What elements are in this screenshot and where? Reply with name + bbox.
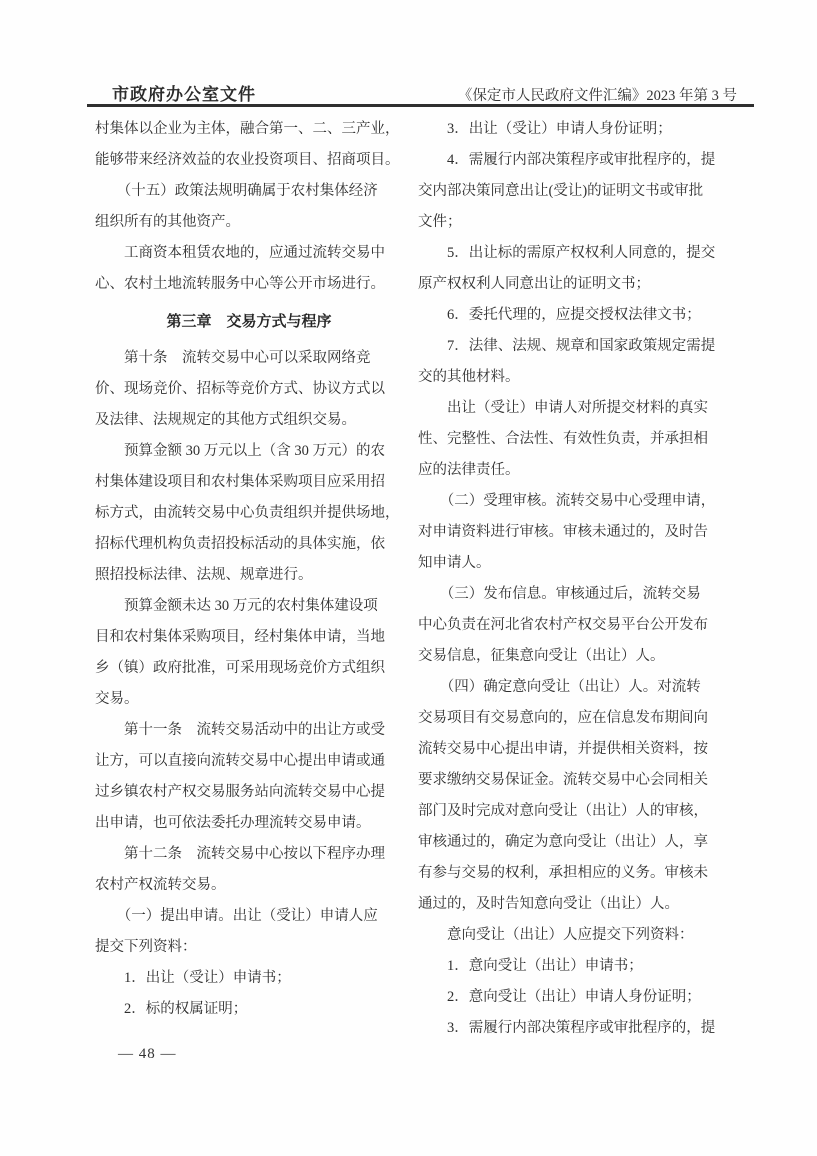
text-line: 2．标的权属证明； — [95, 994, 403, 1025]
text-line: 照招投标法律、法规、规章进行。 — [95, 560, 403, 591]
text-line: 文件； — [418, 207, 740, 238]
text-line: 1．出让（受让）申请书； — [95, 963, 403, 994]
text-line: 原产权权利人同意出让的证明文书； — [418, 269, 740, 300]
text-line: 村集体以企业为主体，融合第一、二、三产业， — [95, 114, 403, 145]
chapter-heading: 第三章 交易方式与程序 — [95, 306, 403, 337]
text-line: 目和农村集体采购项目，经村集体申请，当地 — [95, 622, 403, 653]
header-divider — [87, 104, 754, 107]
text-line: 4．需履行内部决策程序或审批程序的，提 — [418, 145, 740, 176]
text-line: （十五）政策法规明确属于农村集体经济 — [95, 176, 403, 207]
text-line: 应的法律责任。 — [418, 455, 740, 486]
text-line: （一）提出申请。出让（受让）申请人应 — [95, 901, 403, 932]
text-line: 审核通过的，确定为意向受让（出让）人，享 — [418, 827, 740, 858]
text-line: 第十一条 流转交易活动中的出让方或受 — [95, 715, 403, 746]
text-line: 要求缴纳交易保证金。流转交易中心会同相关 — [418, 765, 740, 796]
text-line: 第十二条 流转交易中心按以下程序办理 — [95, 839, 403, 870]
text-line: 能够带来经济效益的农业投资项目、招商项目。 — [95, 145, 403, 176]
text-line: 提交下列资料： — [95, 932, 403, 963]
text-column-right: 3．出让（受让）申请人身份证明； 4．需履行内部决策程序或审批程序的，提交内部决… — [418, 114, 740, 1044]
text-line: 价、现场竞价、招标等竞价方式、协议方式以 — [95, 374, 403, 405]
text-line: 流转交易中心提出申请，并提供相关资料，按 — [418, 734, 740, 765]
text-line: 村集体建设项目和农村集体采购项目应采用招 — [95, 467, 403, 498]
text-line: 组织所有的其他资产。 — [95, 207, 403, 238]
text-line: 知申请人。 — [418, 548, 740, 579]
text-line: 6．委托代理的，应提交授权法律文书； — [418, 300, 740, 331]
text-line: 出让（受让）申请人对所提交材料的真实 — [418, 393, 740, 424]
text-line: 预算金额 30 万元以上（含 30 万元）的农 — [95, 436, 403, 467]
text-line: 让方，可以直接向流转交易中心提出申请或通 — [95, 746, 403, 777]
text-line: 5．出让标的需原产权权利人同意的，提交 — [418, 238, 740, 269]
text-line: 工商资本租赁农地的，应通过流转交易中 — [95, 238, 403, 269]
text-line: 交内部决策同意出让(受让)的证明文书或审批 — [418, 176, 740, 207]
text-line: （四）确定意向受让（出让）人。对流转 — [418, 672, 740, 703]
text-line: 交易项目有交易意向的，应在信息发布期间向 — [418, 703, 740, 734]
text-line: 3．出让（受让）申请人身份证明； — [418, 114, 740, 145]
text-line: 农村产权流转交易。 — [95, 870, 403, 901]
text-column-left: 村集体以企业为主体，融合第一、二、三产业，能够带来经济效益的农业投资项目、招商项… — [95, 114, 403, 1025]
header-publication-info: 《保定市人民政府文件汇编》2023 年第 3 号 — [458, 84, 737, 105]
text-line: 7．法律、法规、规章和国家政策规定需提 — [418, 331, 740, 362]
text-line: （三）发布信息。审核通过后，流转交易 — [418, 579, 740, 610]
document-page: 市政府办公室文件 《保定市人民政府文件汇编》2023 年第 3 号 村集体以企业… — [0, 0, 817, 1156]
text-line: 性、完整性、合法性、有效性负责，并承担相 — [418, 424, 740, 455]
text-line: 心、农村土地流转服务中心等公开市场进行。 — [95, 269, 403, 300]
text-line: 招标代理机构负责招投标活动的具体实施，依 — [95, 529, 403, 560]
text-line: 意向受让（出让）人应提交下列资料： — [418, 920, 740, 951]
text-line: 交易。 — [95, 684, 403, 715]
text-line: 及法律、法规规定的其他方式组织交易。 — [95, 405, 403, 436]
text-line: 乡（镇）政府批准，可采用现场竞价方式组织 — [95, 653, 403, 684]
text-line: 出申请，也可依法委托办理流转交易申请。 — [95, 808, 403, 839]
text-line: 预算金额未达 30 万元的农村集体建设项 — [95, 591, 403, 622]
text-line: 标方式，由流转交易中心负责组织并提供场地， — [95, 498, 403, 529]
text-line: 交的其他材料。 — [418, 362, 740, 393]
text-line: 对申请资料进行审核。审核未通过的，及时告 — [418, 517, 740, 548]
text-line: 1．意向受让（出让）申请书； — [418, 951, 740, 982]
text-line: 第十条 流转交易中心可以采取网络竞 — [95, 343, 403, 374]
header-doc-type: 市政府办公室文件 — [112, 80, 256, 105]
text-line: 有参与交易的权利，承担相应的义务。审核未 — [418, 858, 740, 889]
text-line: 中心负责在河北省农村产权交易平台公开发布 — [418, 610, 740, 641]
text-line: 部门及时完成对意向受让（出让）人的审核， — [418, 796, 740, 827]
text-line: 3．需履行内部决策程序或审批程序的，提 — [418, 1013, 740, 1044]
text-line: 2．意向受让（出让）申请人身份证明； — [418, 982, 740, 1013]
text-line: 过乡镇农村产权交易服务站向流转交易中心提 — [95, 777, 403, 808]
text-line: （二）受理审核。流转交易中心受理申请， — [418, 486, 740, 517]
text-line: 通过的，及时告知意向受让（出让）人。 — [418, 889, 740, 920]
text-line: 交易信息，征集意向受让（出让）人。 — [418, 641, 740, 672]
page-number: — 48 — — [118, 1046, 177, 1063]
